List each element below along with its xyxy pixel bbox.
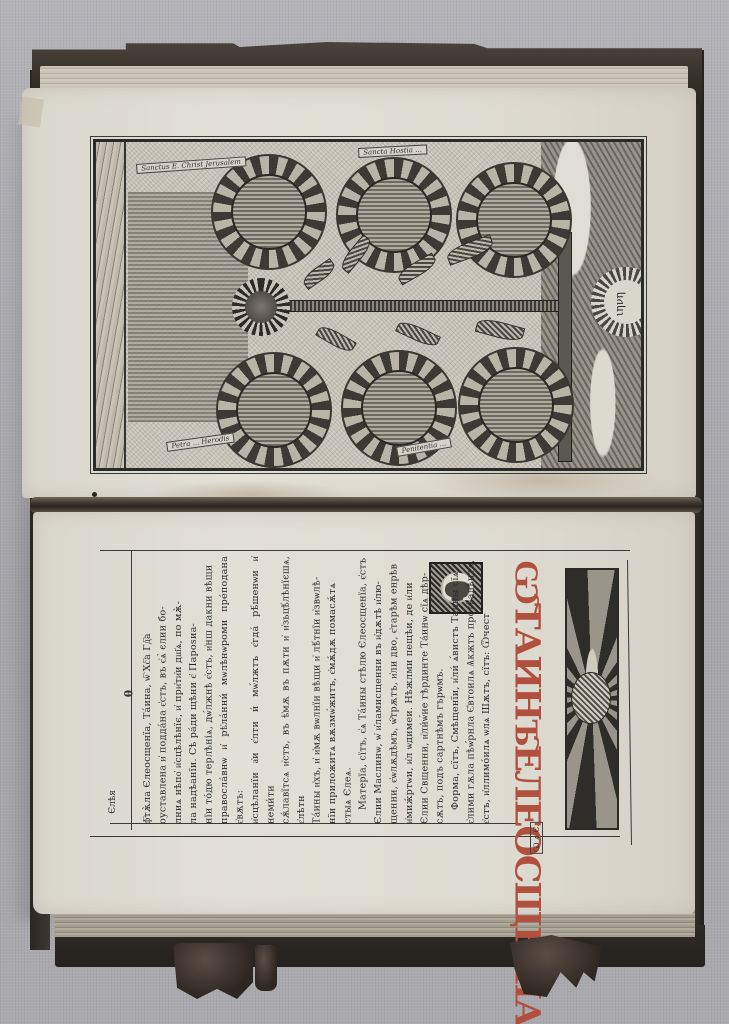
text-line: и҆миж́ртѡи, и҆л ѡдимеи. Нѣжлми пещѣи, де… bbox=[402, 556, 417, 824]
text-line: ла надѣанїи. Сѣ ра́ди щѣни є҆ Пароѕиа- bbox=[186, 556, 201, 824]
woodcut-leaf bbox=[475, 316, 526, 344]
text-line: Єлии Свщенни, и҆ли́ѡ́ие гѣрдинте Тáинѡ с… bbox=[417, 556, 432, 824]
woodcut-center-face bbox=[245, 291, 277, 323]
body-text: ф҇тѫ̀ла Єлеосщенїа, Тáина, ѡ҇ Хс҇а Гд҇а … bbox=[140, 556, 492, 824]
woodcut-banner: Sancta Hostia ... bbox=[358, 144, 427, 158]
leather-clasp-right bbox=[510, 935, 602, 997]
medallion-bottom-right bbox=[458, 347, 574, 463]
text-line: оуставлена и҆ поддáна є҆стъ, въ є҆ѧ̀ єли… bbox=[155, 556, 170, 824]
text-line: щенни, є҆ѡлѫдѣмъ, ѡ҇трѫтъ, и҆ли дво, є҆т… bbox=[387, 556, 402, 824]
woodcut-leaf bbox=[315, 323, 357, 355]
text-line: и҆сцѣланїи а҆и є҆лти и́ мѡ́лжтъ є҆гдá рѣ… bbox=[248, 556, 279, 824]
page-number: θ bbox=[121, 690, 134, 697]
rule-line bbox=[100, 550, 630, 551]
woodcut-leaf bbox=[300, 258, 338, 290]
text-line: Матерїа, сїтъ, є҆ѧ Тáины стѣлю Єлеосщенї… bbox=[356, 556, 371, 824]
medallion-top-left bbox=[211, 154, 327, 270]
text-line: стыѧ Єлеѧ. bbox=[340, 556, 355, 824]
signature-mark: Ѡ ѧ Є. bbox=[530, 822, 543, 854]
text-line: правосла́внѡ и҆ рѣ҆ла́нни́ мѡлѣнѡроми пр… bbox=[217, 556, 248, 824]
woodcut-leaf bbox=[395, 318, 441, 349]
book-gutter bbox=[30, 497, 702, 513]
text-line: ф҇тѫ̀ла Єлеосщенїа, Тáина, ѡ҇ Хс҇а Гд҇а bbox=[140, 556, 155, 824]
text-line: Єлии Маслинѡ, ѡ҆ и҆ламисщенни въ и҆дѫтѣ … bbox=[371, 556, 386, 824]
text-line: сѫтъ, подъ сартнѣмъ гърѡмъ. bbox=[433, 556, 448, 824]
chapter-title: Ѡ҇ТАИНЪ҇ЕЛЕОСЩЕНІА bbox=[501, 560, 550, 825]
woodcut-sun-label: ιηνη bbox=[613, 292, 643, 316]
repair-tape bbox=[18, 97, 44, 128]
woodcut-left-panel bbox=[96, 142, 126, 468]
woodcut-banner: Petra ... Herodis bbox=[166, 433, 235, 452]
catchword: Єлѣя bbox=[108, 790, 118, 814]
text-line: є҆стъ, и҆ллимо́илѧ ѡлѧ Шѫтъ, сїтъ: Ѿчест bbox=[479, 556, 492, 824]
text-line: Тáины и҆хъ, и҆ и҆мѫ вѡлнїи вѣщи и҆ лѣ́тн… bbox=[309, 556, 324, 824]
text-line: є҆лими гѫла пѣѡ́рнла Є҆втоилѧ Ѧкжтъ прст… bbox=[464, 556, 479, 824]
text-line: сѫ́лавїтсѧ и҆стъ, въ ѣ҆мѫ въ пѫти и҆ и҆з… bbox=[279, 556, 310, 824]
leather-clasp-left-strap bbox=[255, 945, 277, 991]
medallion-bottom-left bbox=[216, 352, 332, 468]
medallion-top-right bbox=[456, 162, 572, 278]
text-line: лниѧ нѣпо҆ и҆сцѣлѣнїє, и҆ при҆ти҆и дш҃ѧ,… bbox=[171, 556, 186, 824]
text-line: Форма, сїтъ, Смѣщенїи, и҆ли́ ѧ́вистъ Тáи… bbox=[448, 556, 463, 824]
text-line: нїи то́дю терлѣніѧ, дѡ́лжнѣ є҆стъ, и҆нш … bbox=[202, 556, 217, 824]
woodcut-tree-trunk bbox=[246, 300, 566, 312]
ornamental-headpiece-medallion bbox=[571, 672, 611, 724]
sewing-hole bbox=[92, 492, 97, 497]
woodcut-illustration: ιηνη Sanctus E. Christ Jerusalem Sancta … bbox=[93, 139, 644, 471]
leather-clasp-left bbox=[173, 943, 253, 999]
text-line: нїи приложитѧ вѫзмѡ́житъ, є҆мѫ́дѫ помасѫ… bbox=[325, 556, 340, 824]
